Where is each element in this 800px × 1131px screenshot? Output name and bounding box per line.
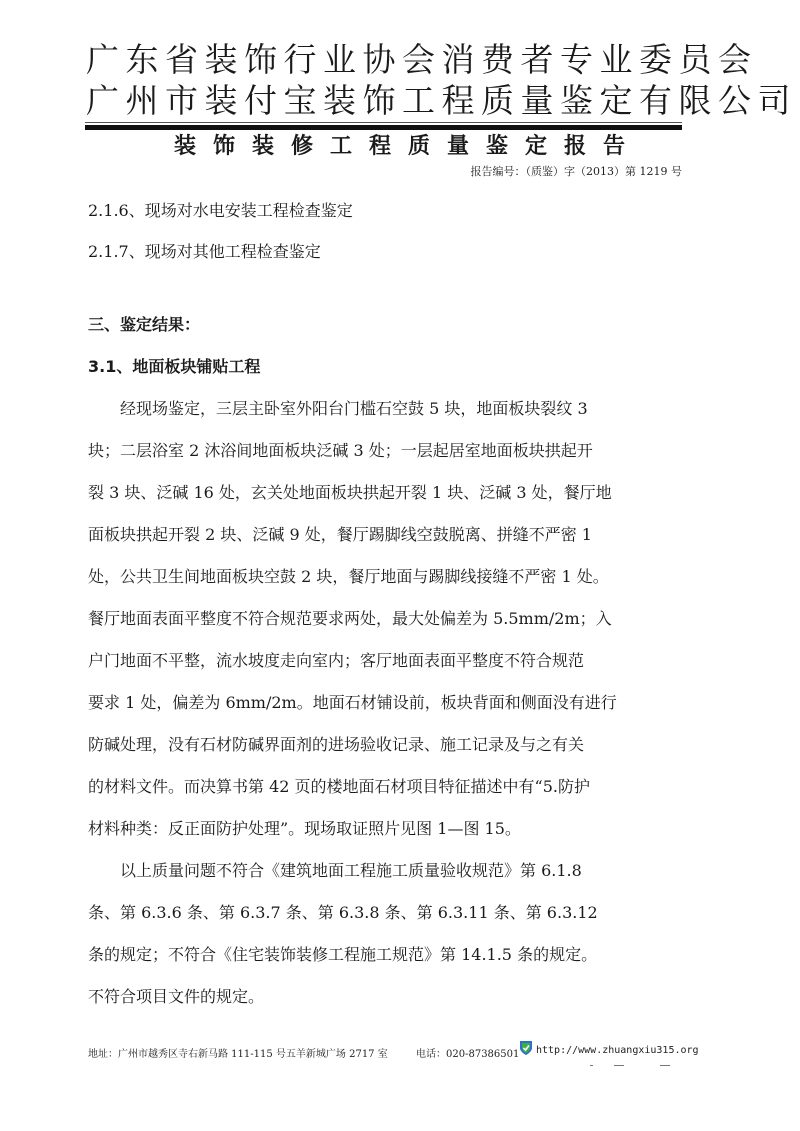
paragraph-line: 块；二层浴室 2 沐浴间地面板块泛碱 3 处；一层起居室地面板块拱起开 xyxy=(88,440,593,462)
header-divider-thick xyxy=(85,125,682,130)
paragraph-line: 面板块拱起开裂 2 块、泛碱 9 处，餐厅踢脚线空鼓脱离、拼缝不严密 1 xyxy=(88,524,592,546)
section-3-heading: 三、鉴定结果： xyxy=(88,314,200,336)
paragraph-line: 不符合项目文件的规定。 xyxy=(88,986,264,1008)
footer-address: 地址：广州市越秀区寺右新马路 111-115 号五羊新城广场 2717 室 xyxy=(88,1045,388,1060)
footer-url[interactable]: http://www.zhuangxiu315.org xyxy=(536,1045,699,1056)
report-title: 装饰装修工程质量鉴定报告 xyxy=(174,131,642,163)
org-name-company: 广州市装付宝装饰工程质量鉴定有限公司 xyxy=(86,81,686,121)
paragraph-line: 户门地面不平整，流水坡度走向室内；客厅地面表面平整度不符合规范 xyxy=(88,650,584,672)
paragraph-line: 的材料文件。而决算书第 42 页的楼地面石材项目特征描述中有“5.防护 xyxy=(88,776,590,798)
paragraph-line: 餐厅地面表面平整度不符合规范要求两处，最大处偏差为 5.5mm/2m；入 xyxy=(88,608,612,630)
section-3-1-heading: 3.1、地面板块铺贴工程 xyxy=(88,356,260,378)
item-2-1-6: 2.1.6、现场对水电安装工程检查鉴定 xyxy=(88,200,353,222)
shield-check-icon xyxy=(519,1040,533,1056)
scan-artifact xyxy=(590,1065,593,1066)
paragraph-line: 条的规定；不符合《住宅装饰装修工程施工规范》第 14.1.5 条的规定。 xyxy=(88,944,597,966)
paragraph-line: 条、第 6.3.6 条、第 6.3.7 条、第 6.3.8 条、第 6.3.11… xyxy=(88,902,598,924)
org-name-association: 广东省装饰行业协会消费者专业委员会 xyxy=(86,40,686,80)
paragraph-line: 材料种类：反正面防护处理”。现场取证照片见图 1—图 15。 xyxy=(88,818,521,840)
scan-artifact xyxy=(660,1065,670,1066)
paragraph-line: 处，公共卫生间地面板块空鼓 2 块，餐厅地面与踢脚线接缝不严密 1 处。 xyxy=(88,566,609,588)
scan-artifact xyxy=(614,1065,624,1066)
paragraph-line: 经现场鉴定，三层主卧室外阳台门槛石空鼓 5 块，地面板块裂纹 3 xyxy=(88,398,588,420)
report-number: 报告编号：（质鉴）字（2013）第 1219 号 xyxy=(471,163,682,179)
footer-phone: 电话：020-87386501 xyxy=(416,1045,519,1060)
item-2-1-7: 2.1.7、现场对其他工程检查鉴定 xyxy=(88,241,321,263)
header-divider-thin xyxy=(85,122,682,123)
paragraph-line: 以上质量问题不符合《建筑地面工程施工质量验收规范》第 6.1.8 xyxy=(88,860,582,882)
paragraph-line: 要求 1 处，偏差为 6mm/2m。地面石材铺设前，板块背面和侧面没有进行 xyxy=(88,692,617,714)
paragraph-line: 裂 3 块、泛碱 16 处，玄关处地面板块拱起开裂 1 块、泛碱 3 处，餐厅地 xyxy=(88,482,612,504)
paragraph-line: 防碱处理，没有石材防碱界面剂的进场验收记录、施工记录及与之有关 xyxy=(88,734,584,756)
